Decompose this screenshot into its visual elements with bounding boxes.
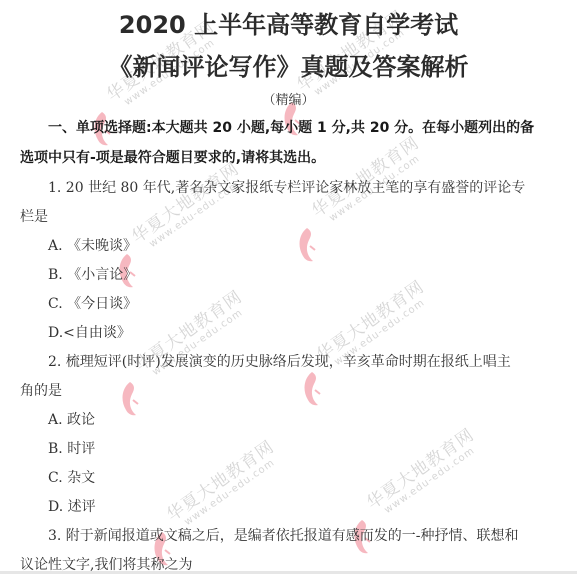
option-d: D.<自由谈》 — [48, 323, 131, 343]
option-b: B. 《小言论》 — [48, 265, 137, 285]
document-title: 2020 上半年高等教育自学考试 — [0, 8, 577, 42]
question-stem: 2. 梳理短评(时评)发展演变的历史脉络后发现，辛亥革命时期在报纸上唱主 — [48, 352, 511, 372]
question-stem-continued: 角的是 — [20, 381, 62, 401]
option-c: C. 《今日谈》 — [48, 294, 137, 314]
option-b: B. 时评 — [48, 439, 95, 459]
question-stem: 1. 20 世纪 80 年代,著名杂文家报纸专栏评论家林放主笔的享有盛誉的评论专 — [48, 178, 525, 198]
watermark-logo-icon — [300, 370, 322, 408]
question-stem: 3. 附于新闻报道或文稿之后，是编者依托报道有感而发的一-种抒情、联想和 — [48, 526, 519, 546]
option-c: C. 杂文 — [48, 468, 95, 488]
question-stem-continued: 栏是 — [20, 207, 48, 227]
watermark: 华夏大地教育网www.edu-edu.com — [295, 186, 445, 276]
watermark: 华夏大地教育网www.edu-edu.com — [115, 212, 265, 302]
section-heading-line-2: 选项中只有-项是最符合题目要求的,请将其选出。 — [20, 148, 325, 168]
watermark-logo-icon — [295, 226, 317, 264]
edition-note: （精编） — [0, 92, 577, 110]
document-page: 华夏大地教育网www.edu-edu.com 华夏大地教育网www.edu-ed… — [0, 0, 577, 574]
document-subtitle-title: 《新闻评论写作》真题及答案解析 — [0, 50, 577, 84]
watermark: 华夏大地教育网www.edu-edu.com — [350, 478, 500, 568]
section-heading-line-1: 一、单项选择题:本大题共 20 小题,每小题 1 分,共 20 分。在每小题列出… — [48, 118, 534, 138]
option-d: D. 述评 — [48, 497, 96, 517]
option-a: A. 《未晚谈》 — [48, 236, 137, 256]
watermark: 华夏大地教育网www.edu-edu.com — [300, 330, 450, 420]
option-a: A. 政论 — [48, 410, 95, 430]
watermark-logo-icon — [118, 380, 140, 418]
